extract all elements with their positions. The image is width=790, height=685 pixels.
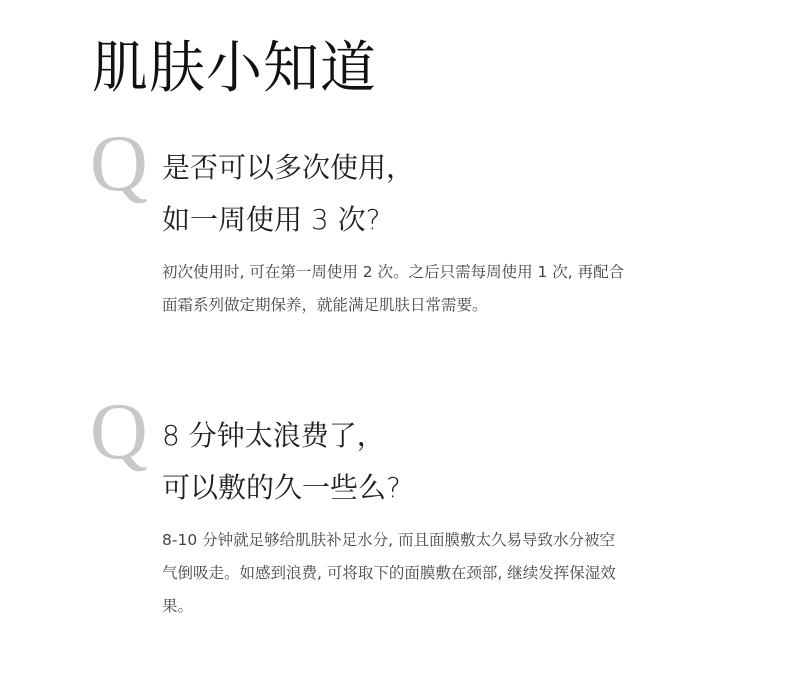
answer-line: 初次使用时, 可在第一周使用 2 次。之后只需每周使用 1 次, 再配合 — [162, 256, 702, 289]
faq-answer: 8-10 分钟就足够给肌肤补足水分, 而且面膜敷太久易导致水分被空 气倒吸走。如… — [162, 524, 702, 623]
q-marker-icon: Q — [90, 396, 148, 468]
answer-line: 面霜系列做定期保养，就能满足肌肤日常需要。 — [162, 289, 702, 322]
answer-line: 气倒吸走。如感到浪费, 可将取下的面膜敷在颈部, 继续发挥保湿效 — [162, 557, 702, 590]
faq-answer: 初次使用时, 可在第一周使用 2 次。之后只需每周使用 1 次, 再配合 面霜系… — [162, 256, 702, 322]
q-marker-icon: Q — [90, 128, 148, 200]
question-line: 如一周使用 3 次? — [162, 194, 414, 246]
faq-question: 8 分钟太浪费了， 可以敷的久一些么? — [162, 410, 401, 514]
question-line: 是否可以多次使用， — [162, 142, 414, 194]
question-line: 8 分钟太浪费了， — [162, 410, 401, 462]
answer-line: 8-10 分钟就足够给肌肤补足水分, 而且面膜敷太久易导致水分被空 — [162, 524, 702, 557]
question-line: 可以敷的久一些么? — [162, 462, 401, 514]
faq-question: 是否可以多次使用， 如一周使用 3 次? — [162, 142, 414, 246]
answer-line: 果。 — [162, 590, 702, 623]
page-title: 肌肤小知道 — [92, 34, 377, 104]
